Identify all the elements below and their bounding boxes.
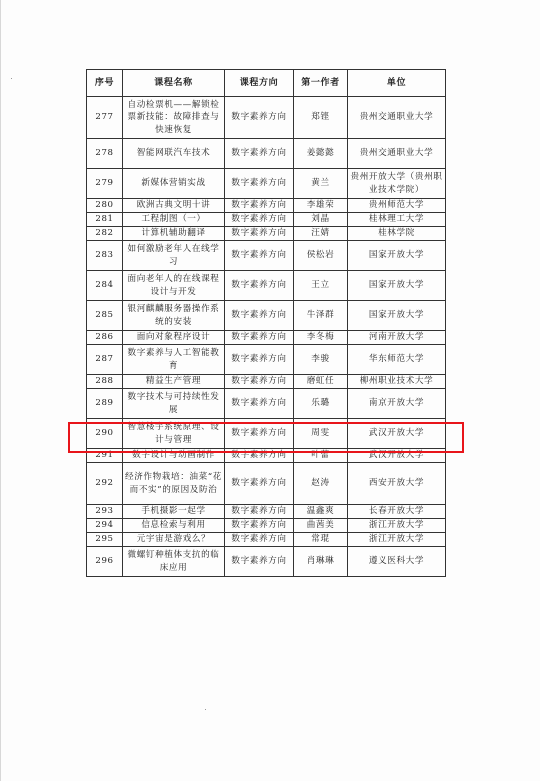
table-row-highlighted: 289数字技术与可持续性发展数字素养方向乐璐南京开放大学 xyxy=(87,389,446,419)
cell-course-name: 自动检票机——解锁检票新技能：故障排查与快速恢复 xyxy=(123,97,225,139)
cell-course-name: 工程制图（一） xyxy=(123,213,225,227)
cell-course-name: 新媒体营销实战 xyxy=(123,169,225,199)
cell-no: 281 xyxy=(87,213,123,227)
cell-first-author: 汪婧 xyxy=(294,227,348,241)
cell-course-name: 智慧楼宇系统原理、设计与管理 xyxy=(123,419,225,449)
table-row: 294信息检索与利用数字素养方向曲茜美浙江开放大学 xyxy=(87,519,446,533)
cell-course-name: 数字技术与可持续性发展 xyxy=(123,389,225,419)
cell-first-author: 李骏 xyxy=(294,345,348,375)
scan-speck xyxy=(11,78,12,79)
cell-first-author: 王立 xyxy=(294,271,348,301)
cell-no: 296 xyxy=(87,547,123,577)
cell-no: 288 xyxy=(87,375,123,389)
cell-direction: 数字素养方向 xyxy=(225,463,294,505)
cell-first-author: 李雄荣 xyxy=(294,199,348,213)
cell-no: 284 xyxy=(87,271,123,301)
cell-course-name: 微螺钉种植体支抗的临床应用 xyxy=(123,547,225,577)
cell-first-author: 侯松岩 xyxy=(294,241,348,271)
cell-course-name: 信息检索与利用 xyxy=(123,519,225,533)
cell-unit: 国家开放大学 xyxy=(348,301,446,331)
cell-unit: 贵州开放大学（贵州职业技术学院） xyxy=(348,169,446,199)
cell-no: 285 xyxy=(87,301,123,331)
cell-unit: 贵州师范大学 xyxy=(348,199,446,213)
table-row: 290智慧楼宇系统原理、设计与管理数字素养方向周雯武汉开放大学 xyxy=(87,419,446,449)
cell-no: 294 xyxy=(87,519,123,533)
cell-no: 286 xyxy=(87,331,123,345)
table-row: 278智能网联汽车技术数字素养方向姜懿懿贵州交通职业大学 xyxy=(87,139,446,169)
table-row: 283如何激励老年人在线学习数字素养方向侯松岩国家开放大学 xyxy=(87,241,446,271)
header-unit: 单位 xyxy=(348,70,446,97)
cell-first-author: 磨虹任 xyxy=(294,375,348,389)
table-row: 291数字设计与动画制作数字素养方向叶蕾武汉开放大学 xyxy=(87,449,446,463)
cell-first-author: 乐璐 xyxy=(294,389,348,419)
cell-direction: 数字素养方向 xyxy=(225,241,294,271)
table-row: 296微螺钉种植体支抗的临床应用数字素养方向肖琳琳遵义医科大学 xyxy=(87,547,446,577)
cell-unit: 桂林理工大学 xyxy=(348,213,446,227)
cell-direction: 数字素养方向 xyxy=(225,169,294,199)
cell-direction: 数字素养方向 xyxy=(225,519,294,533)
cell-direction: 数字素养方向 xyxy=(225,419,294,449)
cell-course-name: 数字素养与人工智能教育 xyxy=(123,345,225,375)
cell-unit: 武汉开放大学 xyxy=(348,449,446,463)
cell-unit: 国家开放大学 xyxy=(348,271,446,301)
cell-unit: 南京开放大学 xyxy=(348,389,446,419)
cell-unit: 贵州交通职业大学 xyxy=(348,139,446,169)
table-row: 282计算机辅助翻译数字素养方向汪婧桂林学院 xyxy=(87,227,446,241)
cell-unit: 河南开放大学 xyxy=(348,331,446,345)
scan-speck xyxy=(205,709,206,710)
table-row: 288精益生产管理数字素养方向磨虹任柳州职业技术大学 xyxy=(87,375,446,389)
cell-course-name: 欧洲古典文明十讲 xyxy=(123,199,225,213)
table-row: 281工程制图（一）数字素养方向刘晶桂林理工大学 xyxy=(87,213,446,227)
cell-first-author: 李冬梅 xyxy=(294,331,348,345)
page-edge xyxy=(0,0,1,781)
cell-course-name: 智能网联汽车技术 xyxy=(123,139,225,169)
table-row: 279新媒体营销实战数字素养方向黄兰贵州开放大学（贵州职业技术学院） xyxy=(87,169,446,199)
cell-course-name: 银河麒麟服务器操作系统的安装 xyxy=(123,301,225,331)
cell-unit: 华东师范大学 xyxy=(348,345,446,375)
table-body: 277自动检票机——解锁检票新技能：故障排查与快速恢复数字素养方向郑铿贵州交通职… xyxy=(87,97,446,577)
cell-first-author: 常琨 xyxy=(294,533,348,547)
cell-no: 282 xyxy=(87,227,123,241)
cell-no: 283 xyxy=(87,241,123,271)
cell-first-author: 周雯 xyxy=(294,419,348,449)
cell-no: 289 xyxy=(87,389,123,419)
cell-course-name: 面向对象程序设计 xyxy=(123,331,225,345)
cell-course-name: 计算机辅助翻译 xyxy=(123,227,225,241)
cell-no: 279 xyxy=(87,169,123,199)
cell-first-author: 叶蕾 xyxy=(294,449,348,463)
cell-first-author: 温鑫爽 xyxy=(294,505,348,519)
cell-direction: 数字素养方向 xyxy=(225,97,294,139)
cell-direction: 数字素养方向 xyxy=(225,139,294,169)
cell-direction: 数字素养方向 xyxy=(225,449,294,463)
cell-direction: 数字素养方向 xyxy=(225,199,294,213)
cell-unit: 武汉开放大学 xyxy=(348,419,446,449)
cell-no: 295 xyxy=(87,533,123,547)
table-row: 286面向对象程序设计数字素养方向李冬梅河南开放大学 xyxy=(87,331,446,345)
table-row: 287数字素养与人工智能教育数字素养方向李骏华东师范大学 xyxy=(87,345,446,375)
cell-course-name: 面向老年人的在线课程设计与开发 xyxy=(123,271,225,301)
cell-unit: 浙江开放大学 xyxy=(348,533,446,547)
cell-course-name: 精益生产管理 xyxy=(123,375,225,389)
table-row: 284面向老年人的在线课程设计与开发数字素养方向王立国家开放大学 xyxy=(87,271,446,301)
cell-first-author: 曲茜美 xyxy=(294,519,348,533)
table-row: 285银河麒麟服务器操作系统的安装数字素养方向牛泽群国家开放大学 xyxy=(87,301,446,331)
cell-unit: 贵州交通职业大学 xyxy=(348,97,446,139)
cell-first-author: 牛泽群 xyxy=(294,301,348,331)
cell-direction: 数字素养方向 xyxy=(225,533,294,547)
cell-unit: 桂林学院 xyxy=(348,227,446,241)
cell-direction: 数字素养方向 xyxy=(225,505,294,519)
cell-no: 291 xyxy=(87,449,123,463)
cell-no: 290 xyxy=(87,419,123,449)
cell-course-name: 手机摄影一起学 xyxy=(123,505,225,519)
cell-direction: 数字素养方向 xyxy=(225,301,294,331)
cell-unit: 浙江开放大学 xyxy=(348,519,446,533)
cell-course-name: 经济作物栽培：油菜“花而不实”的原因及防治 xyxy=(123,463,225,505)
course-table: 序号 课程名称 课程方向 第一作者 单位 277自动检票机——解锁检票新技能：故… xyxy=(86,69,446,577)
table-row: 295元宇宙是游戏么？数字素养方向常琨浙江开放大学 xyxy=(87,533,446,547)
cell-direction: 数字素养方向 xyxy=(225,271,294,301)
cell-course-name: 元宇宙是游戏么？ xyxy=(123,533,225,547)
header-course-name: 课程名称 xyxy=(123,70,225,97)
cell-unit: 遵义医科大学 xyxy=(348,547,446,577)
cell-no: 277 xyxy=(87,97,123,139)
cell-course-name: 如何激励老年人在线学习 xyxy=(123,241,225,271)
cell-no: 278 xyxy=(87,139,123,169)
cell-direction: 数字素养方向 xyxy=(225,227,294,241)
header-no: 序号 xyxy=(87,70,123,97)
table-row: 280欧洲古典文明十讲数字素养方向李雄荣贵州师范大学 xyxy=(87,199,446,213)
cell-unit: 国家开放大学 xyxy=(348,241,446,271)
cell-unit: 长春开放大学 xyxy=(348,505,446,519)
cell-unit: 西安开放大学 xyxy=(348,463,446,505)
cell-first-author: 赵涛 xyxy=(294,463,348,505)
table-row: 292经济作物栽培：油菜“花而不实”的原因及防治数字素养方向赵涛西安开放大学 xyxy=(87,463,446,505)
cell-course-name: 数字设计与动画制作 xyxy=(123,449,225,463)
cell-direction: 数字素养方向 xyxy=(225,345,294,375)
cell-first-author: 郑铿 xyxy=(294,97,348,139)
table-row: 293手机摄影一起学数字素养方向温鑫爽长春开放大学 xyxy=(87,505,446,519)
cell-first-author: 姜懿懿 xyxy=(294,139,348,169)
cell-no: 280 xyxy=(87,199,123,213)
cell-first-author: 肖琳琳 xyxy=(294,547,348,577)
table-row: 277自动检票机——解锁检票新技能：故障排查与快速恢复数字素养方向郑铿贵州交通职… xyxy=(87,97,446,139)
cell-first-author: 黄兰 xyxy=(294,169,348,199)
cell-no: 293 xyxy=(87,505,123,519)
cell-direction: 数字素养方向 xyxy=(225,213,294,227)
cell-direction: 数字素养方向 xyxy=(225,547,294,577)
cell-direction: 数字素养方向 xyxy=(225,389,294,419)
table-header-row: 序号 课程名称 课程方向 第一作者 单位 xyxy=(87,70,446,97)
cell-unit: 柳州职业技术大学 xyxy=(348,375,446,389)
cell-no: 287 xyxy=(87,345,123,375)
cell-direction: 数字素养方向 xyxy=(225,331,294,345)
cell-direction: 数字素养方向 xyxy=(225,375,294,389)
cell-no: 292 xyxy=(87,463,123,505)
cell-first-author: 刘晶 xyxy=(294,213,348,227)
header-direction: 课程方向 xyxy=(225,70,294,97)
header-first-author: 第一作者 xyxy=(294,70,348,97)
